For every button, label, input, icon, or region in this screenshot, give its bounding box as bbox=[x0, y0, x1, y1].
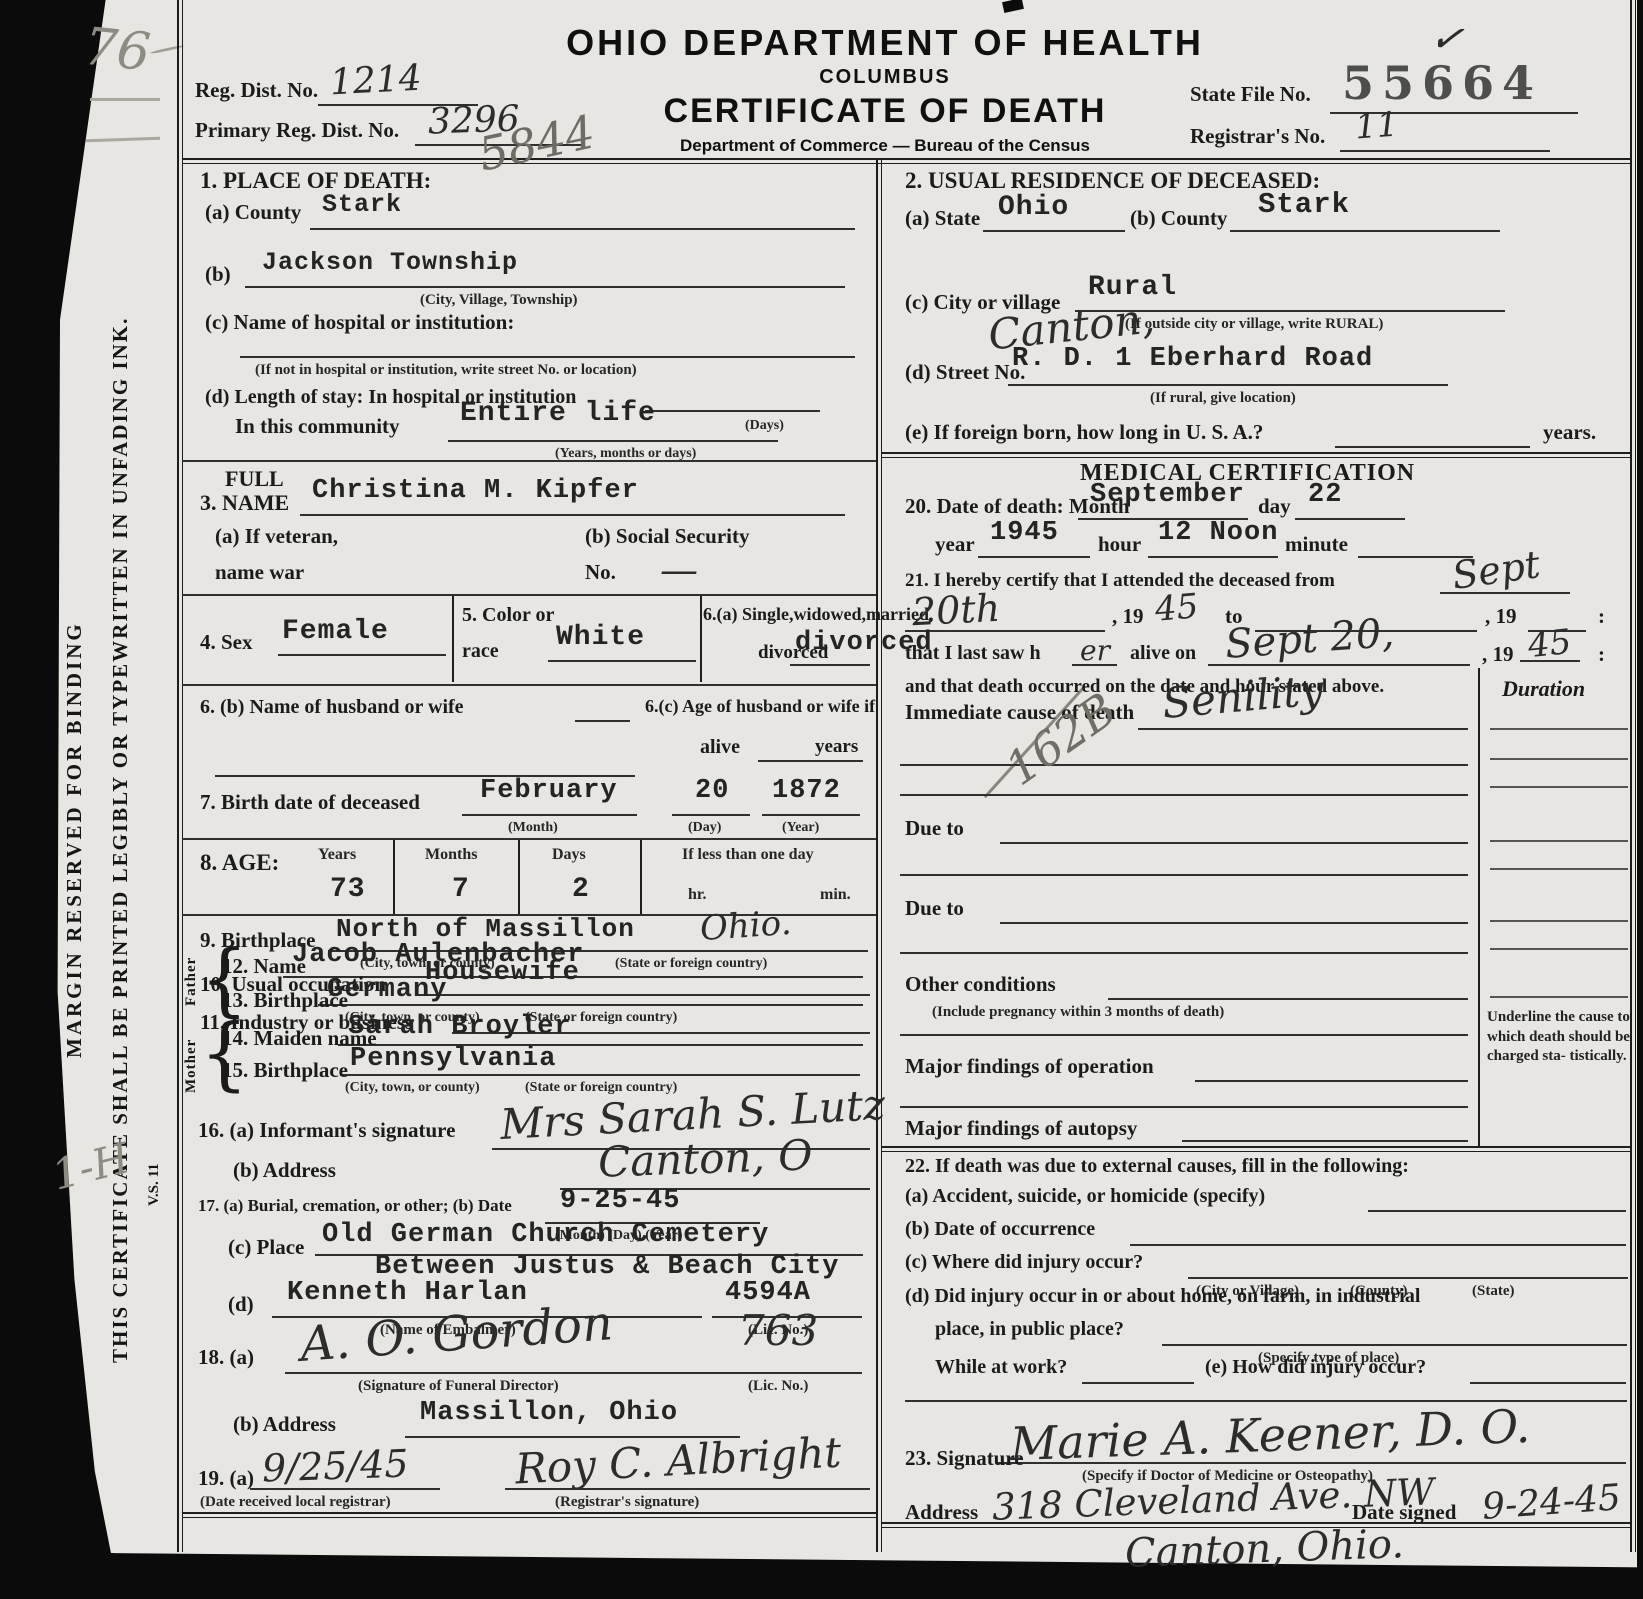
s22a-line bbox=[1368, 1210, 1626, 1212]
s22d-line bbox=[1162, 1344, 1627, 1346]
s20-year-label: year bbox=[935, 532, 975, 557]
underline-cause-note: Underline the cause to which death shoul… bbox=[1487, 1008, 1637, 1067]
s8-hr: hr. bbox=[688, 886, 707, 904]
s2e-line bbox=[1335, 446, 1530, 448]
duration-line bbox=[1490, 840, 1628, 842]
margin-ink-note: THIS CERTIFICATE SHALL BE PRINTED LEGIBL… bbox=[108, 225, 133, 1455]
reg-dist-value: 1214 bbox=[329, 58, 423, 104]
s2d-hint: (If rural, give location) bbox=[1150, 390, 1296, 407]
s22c-line bbox=[1188, 1277, 1628, 1279]
due1-line bbox=[1000, 842, 1468, 844]
physician-signature: Marie A. Keener, D. O. bbox=[1009, 1399, 1531, 1471]
s22d-label2: place, in public place? bbox=[935, 1318, 1124, 1341]
s7-day: 20 bbox=[695, 776, 729, 806]
other-conditions-label: Other conditions bbox=[905, 972, 1056, 997]
duration-line bbox=[1490, 758, 1628, 760]
pencil-note-top: 76 bbox=[81, 17, 153, 84]
state-file-number: 55664 bbox=[1342, 56, 1542, 110]
death-day: 22 bbox=[1308, 480, 1342, 510]
s5-line bbox=[548, 660, 696, 662]
s7-hint-year: (Year) bbox=[782, 820, 819, 836]
date-signed: 9-24-45 bbox=[1481, 1477, 1622, 1528]
s1c-hint: (If not in hospital or institution, writ… bbox=[255, 362, 637, 379]
s13-value: Germany bbox=[327, 975, 447, 1005]
s20-hour-line bbox=[1148, 556, 1278, 558]
s6a-line bbox=[790, 664, 870, 666]
s18a-hint: (Signature of Funeral Director) bbox=[358, 1378, 559, 1395]
other-line bbox=[1108, 998, 1468, 1000]
s20-hour-label: hour bbox=[1098, 532, 1141, 557]
s2a-label: (a) State bbox=[905, 206, 980, 231]
duration-line bbox=[1490, 786, 1628, 788]
registrar-no-line bbox=[1340, 150, 1550, 152]
s6b-label: 6. (b) Name of husband or wife bbox=[200, 696, 464, 719]
s5-label1: 5. Color or bbox=[462, 604, 554, 627]
s2d-line bbox=[1008, 384, 1448, 386]
s1b-value: Jackson Township bbox=[262, 248, 518, 277]
cause-blank-line bbox=[900, 794, 1468, 796]
death-month: September bbox=[1090, 480, 1245, 510]
autopsy-label: Major findings of autopsy bbox=[905, 1116, 1137, 1141]
s21-hy3: 45 bbox=[1526, 622, 1573, 666]
s17c-label: (c) Place bbox=[228, 1235, 304, 1260]
s9-hint2: (State or foreign country) bbox=[615, 956, 767, 972]
s23-label: 23. Signature bbox=[905, 1446, 1024, 1471]
cause-blank-line bbox=[900, 874, 1468, 876]
s18b-label: (b) Address bbox=[233, 1412, 336, 1437]
form-center-divider bbox=[876, 158, 882, 1552]
s3-veteran-label: (a) If veteran, bbox=[215, 524, 338, 549]
s6a-label1: 6.(a) Single,widowed,married, bbox=[703, 604, 933, 625]
s2e-label: (e) If foreign born, how long in U. S. A… bbox=[905, 420, 1263, 445]
s23-address-label: Address bbox=[905, 1500, 978, 1525]
s1e-line bbox=[448, 440, 778, 442]
s21-y2: , 19 bbox=[1485, 604, 1517, 629]
s1e-label: In this community bbox=[235, 414, 400, 439]
reg-dist-label: Reg. Dist. No. bbox=[195, 78, 318, 103]
pencil-dash-2 bbox=[86, 137, 160, 143]
s6c-years: years bbox=[815, 736, 858, 758]
date-received: 9/25/45 bbox=[261, 1441, 409, 1490]
cause-blank-line bbox=[900, 1106, 1468, 1108]
s22c-label: (c) Where did injury occur? bbox=[905, 1251, 1143, 1274]
registrar-no-label: Registrar's No. bbox=[1190, 124, 1325, 149]
s6c-line bbox=[758, 760, 863, 762]
col-divider bbox=[452, 596, 454, 682]
s8-label: 8. AGE: bbox=[200, 850, 279, 876]
s22-title: 22. If death was due to external causes,… bbox=[905, 1155, 1409, 1178]
s1b-line bbox=[245, 286, 845, 288]
s4-label: 4. Sex bbox=[200, 630, 253, 655]
page-title-department: OHIO DEPARTMENT OF HEALTH bbox=[420, 22, 1350, 64]
s8-min: min. bbox=[820, 886, 851, 904]
s8-h-years: Years bbox=[318, 846, 356, 864]
s22-work-label: While at work? bbox=[935, 1356, 1067, 1379]
s15-value: Pennsylvania bbox=[350, 1044, 556, 1074]
s7-line-day bbox=[672, 814, 750, 816]
s1c-label: (c) Name of hospital or institution: bbox=[205, 310, 514, 335]
other-hint: (Include pregnancy within 3 months of de… bbox=[932, 1004, 1224, 1021]
duration-line bbox=[1490, 728, 1628, 730]
s2d-label: (d) Street No. bbox=[905, 360, 1025, 385]
s20-day-label: day bbox=[1258, 494, 1291, 519]
s18a-label: 18. (a) bbox=[198, 1345, 254, 1370]
due-to-2: Due to bbox=[905, 896, 964, 921]
s22e-line bbox=[1470, 1382, 1626, 1384]
burial-place: Old German Church Cemetery bbox=[322, 1220, 769, 1250]
s16a-label: 16. (a) Informant's signature bbox=[198, 1118, 455, 1143]
cause-blank-line bbox=[900, 952, 1468, 954]
s5-label2: race bbox=[462, 640, 499, 663]
s1a-label: (a) County bbox=[205, 200, 301, 225]
duration-line bbox=[1490, 996, 1628, 998]
s17a-label: 17. (a) Burial, cremation, or other; (b)… bbox=[198, 1196, 512, 1216]
s5-value: White bbox=[556, 622, 645, 653]
form-left-border bbox=[177, 0, 183, 1552]
s20-day-line bbox=[1295, 518, 1405, 520]
mother-label: Mother bbox=[183, 1026, 200, 1106]
informant-address: Canton, O bbox=[597, 1130, 813, 1186]
operation-label: Major findings of operation bbox=[905, 1054, 1154, 1079]
s2b-line bbox=[1230, 230, 1500, 232]
s21-colon1: : bbox=[1598, 604, 1605, 629]
s3-ss-value: — bbox=[660, 548, 698, 592]
s8-years: 73 bbox=[330, 874, 366, 905]
s21-hy1: 45 bbox=[1153, 586, 1200, 630]
duration-column-border bbox=[1478, 668, 1480, 1146]
cause-line bbox=[1138, 728, 1468, 730]
pencil-dash-1 bbox=[90, 98, 160, 101]
s21-her: er bbox=[1080, 634, 1110, 667]
s1e-hint: (Years, months or days) bbox=[555, 446, 696, 462]
checkmark: ✓ bbox=[1427, 14, 1467, 64]
s16b-label: (b) Address bbox=[233, 1158, 336, 1183]
s6b-dash bbox=[575, 720, 630, 722]
deceased-name: Christina M. Kipfer bbox=[312, 476, 639, 506]
s1c-line bbox=[240, 356, 855, 358]
s2b-value: Stark bbox=[1258, 188, 1350, 221]
s1d-hint: (Days) bbox=[745, 418, 784, 434]
divider bbox=[182, 594, 876, 596]
bottom-divider-left bbox=[182, 1512, 876, 1518]
divider bbox=[182, 838, 876, 840]
s9-hand: Ohio. bbox=[699, 903, 793, 949]
scan-edge-right bbox=[1637, 0, 1643, 1599]
funeral-director-address: Massillon, Ohio bbox=[420, 1398, 678, 1428]
due-to-1: Due to bbox=[905, 816, 964, 841]
divider bbox=[882, 1146, 1630, 1152]
form-right-border bbox=[1630, 0, 1636, 1552]
funeral-director-lic: 763 bbox=[738, 1306, 818, 1355]
s3-label: 3. NAME bbox=[200, 490, 289, 516]
form-number: V.S. 11 bbox=[146, 1140, 163, 1230]
s3-line bbox=[300, 514, 845, 516]
s18a-line bbox=[285, 1372, 715, 1374]
divider bbox=[182, 684, 876, 686]
scan-edge-left bbox=[0, 0, 120, 1599]
s10-line bbox=[415, 994, 870, 996]
physician-city: Canton, Ohio. bbox=[1124, 1521, 1404, 1577]
s2e-years: years. bbox=[1543, 420, 1596, 445]
age-divider bbox=[640, 840, 642, 914]
s3-veteran-label2: name war bbox=[215, 560, 304, 585]
s22b-label: (b) Date of occurrence bbox=[905, 1218, 1095, 1241]
scan-smudge bbox=[1002, 0, 1024, 13]
s21-y1: , 19 bbox=[1112, 604, 1144, 629]
mother-brace: { bbox=[200, 1006, 248, 1099]
cause-blank-line bbox=[900, 1034, 1468, 1036]
embalmer-lic: 4594A bbox=[725, 1278, 811, 1308]
s19a-hint: (Date received local registrar) bbox=[200, 1494, 391, 1511]
s7-line-year bbox=[762, 814, 860, 816]
s8-h-less: If less than one day bbox=[682, 846, 814, 864]
s3-full: FULL bbox=[225, 466, 284, 492]
s1a-value: Stark bbox=[322, 190, 402, 219]
state-file-label: State File No. bbox=[1190, 82, 1311, 107]
s22d-label1: (d) Did injury occur in or about home, o… bbox=[905, 1285, 1420, 1308]
primary-reg-label: Primary Reg. Dist. No. bbox=[195, 118, 399, 143]
s3-ss-label: (b) Social Security bbox=[585, 524, 749, 549]
s7-line-month bbox=[462, 814, 637, 816]
s4-line bbox=[278, 654, 446, 656]
death-certificate-scan: { "margin": { "binding": "MARGIN RESERVE… bbox=[0, 0, 1643, 1599]
s8-h-days: Days bbox=[552, 846, 586, 864]
s6c-label: 6.(c) Age of husband or wife if bbox=[645, 696, 875, 717]
s18-lic-hint: (Lic. No.) bbox=[748, 1378, 808, 1395]
s20-minute-label: minute bbox=[1285, 532, 1348, 557]
cause-value: Senility bbox=[1160, 665, 1325, 728]
s21-colon2: : bbox=[1598, 642, 1605, 667]
s2d-value: R. D. 1 Eberhard Road bbox=[1012, 344, 1373, 374]
due2-line bbox=[1000, 922, 1468, 924]
s2a-value: Ohio bbox=[998, 192, 1069, 223]
s21-lastsaw-hand: Sept 20, bbox=[1224, 610, 1396, 668]
s7-year: 1872 bbox=[772, 776, 841, 806]
s6a-value: divorced bbox=[795, 628, 933, 658]
s1d-line bbox=[645, 410, 820, 412]
s19b-hint: (Registrar's signature) bbox=[555, 1494, 699, 1511]
divider bbox=[882, 452, 1630, 458]
age-divider bbox=[393, 840, 395, 914]
s20-year-line bbox=[978, 556, 1090, 558]
age-divider bbox=[518, 840, 520, 914]
s8-days: 2 bbox=[572, 874, 590, 905]
s8-h-months: Months bbox=[425, 846, 477, 864]
s2b-label: (b) County bbox=[1130, 206, 1227, 231]
s22e-label: (e) How did injury occur? bbox=[1205, 1356, 1426, 1379]
s18-lic-line bbox=[712, 1372, 862, 1374]
cause-blank-line bbox=[900, 764, 1468, 766]
s17d-label: (d) bbox=[228, 1292, 254, 1317]
s12-value: Jacob Aulenbacher bbox=[292, 940, 584, 970]
father-label: Father bbox=[183, 946, 200, 1016]
s8-months: 7 bbox=[452, 874, 470, 905]
duration-line bbox=[1490, 920, 1628, 922]
s19a-label: 19. (a) bbox=[198, 1466, 254, 1491]
header-divider bbox=[182, 158, 1630, 164]
s7-label: 7. Birth date of deceased bbox=[200, 790, 420, 815]
s6c-alive: alive bbox=[700, 736, 740, 759]
death-year: 1945 bbox=[990, 518, 1059, 548]
s1a-line bbox=[310, 228, 855, 230]
s21-from2-hand: 20th bbox=[911, 586, 1001, 635]
duration-line bbox=[1490, 948, 1628, 950]
s2c-hint: (If outside city or village, write RURAL… bbox=[1125, 316, 1383, 333]
duration-header: Duration bbox=[1502, 676, 1585, 702]
s1e-value: Entire life bbox=[460, 398, 656, 429]
duration-line bbox=[1490, 868, 1628, 870]
s21-y3: , 19 bbox=[1482, 642, 1514, 667]
s3-ss-no: No. bbox=[585, 560, 616, 585]
divider bbox=[182, 460, 876, 462]
registrar-no-value: 11 bbox=[1354, 105, 1400, 148]
s14-value: Sarah Broyler bbox=[348, 1012, 572, 1042]
s2a-line bbox=[983, 230, 1125, 232]
s1b-label: (b) bbox=[205, 262, 231, 287]
s7-hint-day: (Day) bbox=[688, 820, 721, 836]
autopsy-line bbox=[1182, 1140, 1468, 1142]
s15-label: 15. Birthplace bbox=[222, 1058, 348, 1083]
s22a-label: (a) Accident, suicide, or homicide (spec… bbox=[905, 1185, 1265, 1208]
s21-from-hand: Sept bbox=[1449, 542, 1542, 598]
s7-hint-month: (Month) bbox=[508, 820, 558, 836]
margin-binding-note: MARGIN RESERVED FOR BINDING bbox=[62, 540, 87, 1140]
s22-work-line bbox=[1082, 1382, 1194, 1384]
s22c-hint3: (State) bbox=[1472, 1283, 1514, 1300]
s1b-hint: (City, Village, Township) bbox=[420, 292, 578, 309]
col-divider bbox=[700, 596, 702, 682]
op-line bbox=[1195, 1080, 1468, 1082]
s4-value: Female bbox=[282, 616, 389, 647]
s15-hint1: (City, town, or county) bbox=[345, 1080, 480, 1096]
s7-month: February bbox=[480, 776, 618, 806]
s17-date: 9-25-45 bbox=[560, 1186, 680, 1216]
s21-line3b: alive on bbox=[1130, 642, 1196, 665]
s15-line bbox=[340, 1074, 860, 1076]
s22b-line bbox=[1130, 1244, 1626, 1246]
death-hour: 12 Noon bbox=[1158, 518, 1278, 548]
